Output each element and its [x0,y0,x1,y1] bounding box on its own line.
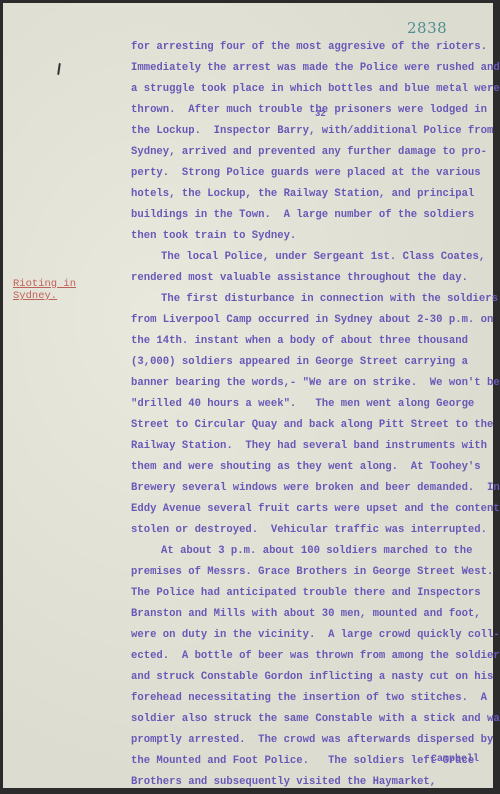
text-line: hotels, the Lockup, the Railway Station,… [131,184,491,205]
text-line: promptly arrested. The crowd was afterwa… [131,730,491,751]
text-line: banner bearing the words,- "We are on st… [131,373,491,394]
text-line: for arresting four of the most aggresive… [131,37,491,58]
margin-note-line: Rioting in [13,278,76,290]
text-line: from Liverpool Camp occurred in Sydney a… [131,310,491,331]
pen-mark [57,63,61,75]
catchword: Campbell [431,754,479,765]
text-line: the 14th. instant when a body of about t… [131,331,491,352]
text-line: perty. Strong Police guards were placed … [131,163,491,184]
text-line: were on duty in the vicinity. A large cr… [131,625,491,646]
body-text: for arresting four of the most aggresive… [131,37,491,793]
text-line: a struggle took place in which bottles a… [131,79,491,100]
text-line: soldier also struck the same Constable w… [131,709,491,730]
text-line: At about 3 p.m. about 100 soldiers march… [131,541,491,562]
text-line: thrown. After much trouble the prisoners… [131,100,491,121]
text-line: then took train to Sydney. [131,226,491,247]
text-line: ected. A bottle of beer was thrown from … [131,646,491,667]
text-line: stolen or destroyed. Vehicular traffic w… [131,520,491,541]
text-line: Branston and Mills with about 30 men, mo… [131,604,491,625]
text-line: The Police had anticipated trouble there… [131,583,491,604]
text-line: Street to Circular Quay and back along P… [131,415,491,436]
text-line: Brothers and subsequently visited the Ha… [131,772,491,793]
margin-note-line: Sydney. [13,290,76,302]
text-line: The local Police, under Sergeant 1st. Cl… [131,247,491,268]
text-line: forehead necessitating the insertion of … [131,688,491,709]
text-line: Eddy Avenue several fruit carts were ups… [131,499,491,520]
text-line: (3,000) soldiers appeared in George Stre… [131,352,491,373]
text-line: Brewery several windows were broken and … [131,478,491,499]
text-line: "drilled 40 hours a week". The men went … [131,394,491,415]
text-line: Sydney, arrived and prevented any furthe… [131,142,491,163]
text-line: buildings in the Town. A large number of… [131,205,491,226]
document-page: 2838 Rioting in Sydney. 32 for arresting… [3,3,493,788]
margin-note: Rioting in Sydney. [13,278,76,302]
text-line: Immediately the arrest was made the Poli… [131,58,491,79]
text-line: them and were shouting as they went alon… [131,457,491,478]
text-line: and struck Constable Gordon inflicting a… [131,667,491,688]
page-number: 2838 [407,19,447,37]
text-line: the Lockup. Inspector Barry, with/additi… [131,121,491,142]
text-line: Railway Station. They had several band i… [131,436,491,457]
text-line: The first disturbance in connection with… [131,289,491,310]
text-line: premises of Messrs. Grace Brothers in Ge… [131,562,491,583]
text-line: rendered most valuable assistance throug… [131,268,491,289]
